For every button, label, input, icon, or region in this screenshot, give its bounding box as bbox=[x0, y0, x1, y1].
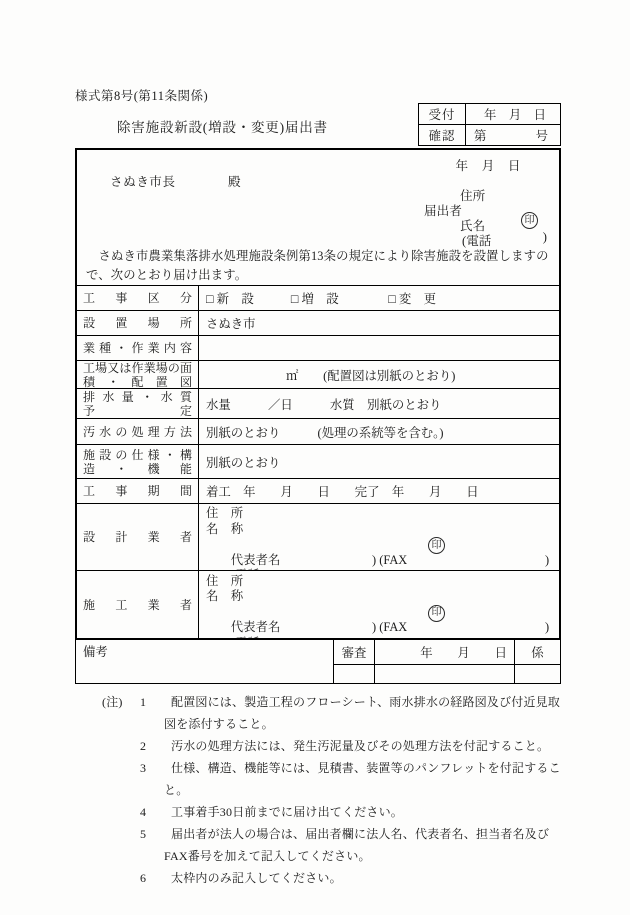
notes-section: (注) 1 配置図には、製造工程のフローシート、雨水排水の経路図及び付近見取図を… bbox=[102, 691, 561, 889]
reception-row-confirm: 確認 第 号 bbox=[419, 125, 561, 146]
declaration-text: さぬき市農業集落排水処理施設条例第13条の規定により除害施設を設置しますので、次… bbox=[77, 247, 559, 285]
fax-close: ) bbox=[545, 553, 549, 569]
note-number: 2 bbox=[140, 735, 164, 757]
contractor-rep-line: 代表者名 印 bbox=[206, 605, 552, 621]
note-text: 仕様、構造、機能等には、見積書、装置等のパンフレットを付記すること。 bbox=[164, 757, 561, 801]
review-label: 審査 bbox=[334, 640, 374, 664]
fax-close: ) bbox=[545, 620, 549, 636]
note-item: 1 配置図には、製造工程のフローシート、雨水排水の経路図及び付近見取図を添付する… bbox=[140, 691, 561, 735]
submission-date-line: 年 月 日 bbox=[456, 155, 521, 174]
note-number: 1 bbox=[140, 691, 164, 735]
drainage-quality-value: 水量 ／日 水質 別紙のとおり bbox=[199, 389, 559, 418]
receipt-date-cell: 年 月 日 bbox=[466, 104, 561, 125]
designer-phone-line: (電話 ) (FAX ) bbox=[206, 553, 552, 569]
main-form-table: 年 月 日 さぬき市長 殿 住所 届出者 氏名 印 (電話 ) さぬき市農業集落… bbox=[75, 148, 561, 640]
applicant-address-label: 住所 bbox=[460, 185, 485, 204]
note-number: 4 bbox=[140, 801, 164, 823]
business-type-value bbox=[199, 336, 559, 360]
staff-label: 係 bbox=[515, 640, 560, 664]
row-contractor: 施工業者 住 所 名 称 代表者名 印 (電話 ) (FAX ) bbox=[77, 570, 559, 638]
row-label: 設置場所 bbox=[83, 316, 192, 330]
row-label: 工事期間 bbox=[83, 484, 192, 498]
phone-close: ) bbox=[543, 230, 547, 249]
form-number: 様式第8号(第11条関係) bbox=[75, 86, 208, 104]
reception-row-receipt: 受付 年 月 日 bbox=[419, 104, 561, 125]
row-construction-period: 工事期間 着工 年 月 日 完了 年 月 日 bbox=[77, 478, 559, 503]
row-factory-area: 工場又は作業場の面 積・配置図 ㎡ (配置図は別紙のとおり) bbox=[77, 360, 559, 388]
factory-area-value: ㎡ (配置図は別紙のとおり) bbox=[199, 361, 559, 388]
sewage-treatment-value: 別紙のとおり (処理の系統等を含む。) bbox=[199, 419, 559, 444]
phone-open: (電話 bbox=[231, 636, 260, 639]
notes-list: 1 配置図には、製造工程のフローシート、雨水排水の経路図及び付近見取図を添付する… bbox=[140, 691, 561, 889]
contractor-phone-line: (電話 ) (FAX ) bbox=[206, 620, 552, 636]
row-label: 汚水の処理方法 bbox=[83, 425, 192, 439]
seal-icon: 印 bbox=[521, 212, 538, 229]
note-text: 太枠内のみ記入してください。 bbox=[164, 867, 561, 889]
construction-category-value: □ 新 設 □ 増 設 □ 変 更 bbox=[199, 286, 559, 310]
installation-place-value: さぬき市 bbox=[199, 311, 559, 335]
addressee-label: さぬき市長 bbox=[110, 171, 175, 190]
row-label: 工事区分 bbox=[83, 291, 192, 305]
note-text: 配置図には、製造工程のフローシート、雨水排水の経路図及び付近見取図を添付すること… bbox=[164, 691, 561, 735]
review-date-column: 年 月 日 bbox=[374, 640, 514, 683]
contractor-name-line: 名 称 bbox=[206, 589, 552, 605]
contractor-address-line: 住 所 bbox=[206, 574, 552, 590]
confirm-number-cell: 第 号 bbox=[466, 125, 561, 146]
page-title: 除害施設新設(増設・変更)届出書 bbox=[117, 116, 328, 136]
notes-mark: (注) bbox=[102, 691, 140, 889]
row-construction-category: 工事区分 □ 新 設 □ 増 設 □ 変 更 bbox=[77, 285, 559, 310]
phone-open: (電話 bbox=[231, 568, 260, 570]
seal-icon: 印 bbox=[428, 537, 445, 554]
confirm-number-suffix: 号 bbox=[536, 126, 548, 144]
designer-name-line: 名 称 bbox=[206, 522, 552, 538]
note-item: 5 届出者が法人の場合は、届出者欄に法人名、代表者名、担当者名及びFAX番号を加… bbox=[140, 823, 561, 867]
staff-column: 係 bbox=[514, 640, 560, 683]
staff-empty-cell bbox=[515, 664, 560, 683]
row-label: 施工業者 bbox=[83, 598, 192, 612]
reception-stamp-table: 受付 年 月 日 確認 第 号 bbox=[418, 103, 561, 146]
seal-icon: 印 bbox=[428, 605, 445, 622]
note-number: 6 bbox=[140, 867, 164, 889]
designer-details: 住 所 名 称 代表者名 印 (電話 ) (FAX ) bbox=[199, 504, 559, 570]
note-item: 3 仕様、構造、機能等には、見積書、装置等のパンフレットを付記すること。 bbox=[140, 757, 561, 801]
row-drainage-quality: 排水量・水質 予定 水量 ／日 水質 別紙のとおり bbox=[77, 388, 559, 418]
phone-open: (電話 bbox=[462, 230, 491, 249]
note-text: 工事着手30日前までに届け出てください。 bbox=[164, 801, 561, 823]
confirm-number-prefix: 第 bbox=[474, 126, 486, 144]
row-label: 施設の仕様・構 造・機能 bbox=[83, 448, 192, 476]
note-text: 届出者が法人の場合は、届出者欄に法人名、代表者名、担当者名及びFAX番号を加えて… bbox=[164, 823, 561, 867]
review-empty-cell bbox=[334, 664, 374, 683]
deliverer-label: 届出者 bbox=[424, 200, 462, 219]
form-header-block: 年 月 日 さぬき市長 殿 住所 届出者 氏名 印 (電話 ) bbox=[77, 150, 559, 247]
designer-rep-line: 代表者名 印 bbox=[206, 537, 552, 553]
row-installation-place: 設置場所 さぬき市 bbox=[77, 310, 559, 335]
remarks-label-cell: 備考 bbox=[76, 640, 333, 683]
designer-address-line: 住 所 bbox=[206, 506, 552, 522]
row-label: 業種・作業内容 bbox=[83, 341, 192, 355]
contractor-details: 住 所 名 称 代表者名 印 (電話 ) (FAX ) bbox=[199, 571, 559, 638]
review-date-empty-cell bbox=[375, 664, 514, 683]
note-number: 3 bbox=[140, 757, 164, 801]
facility-spec-value: 別紙のとおり bbox=[199, 445, 559, 478]
row-label: 設計業者 bbox=[83, 530, 192, 544]
remarks-strip: 備考 審査 年 月 日 係 bbox=[75, 640, 561, 684]
review-date-value: 年 月 日 bbox=[375, 640, 514, 664]
row-label: 工場又は作業場の面 積・配置図 bbox=[83, 361, 192, 389]
row-designer: 設計業者 住 所 名 称 代表者名 印 (電話 ) (FAX ) bbox=[77, 503, 559, 570]
construction-period-value: 着工 年 月 日 完了 年 月 日 bbox=[199, 479, 559, 503]
note-item: 4 工事着手30日前までに届け出てください。 bbox=[140, 801, 561, 823]
honorific-label: 殿 bbox=[228, 171, 241, 190]
row-facility-spec: 施設の仕様・構 造・機能 別紙のとおり bbox=[77, 444, 559, 478]
note-item: 6 太枠内のみ記入してください。 bbox=[140, 867, 561, 889]
note-text: 汚水の処理方法には、発生汚泥量及びその処理方法を付記すること。 bbox=[164, 735, 561, 757]
note-number: 5 bbox=[140, 823, 164, 867]
applicant-phone-line: (電話 ) bbox=[462, 230, 547, 249]
review-column: 審査 bbox=[333, 640, 374, 683]
confirm-label: 確認 bbox=[419, 125, 466, 146]
receipt-label: 受付 bbox=[419, 104, 466, 125]
row-sewage-treatment: 汚水の処理方法 別紙のとおり (処理の系統等を含む。) bbox=[77, 418, 559, 444]
fax-open: ) (FAX bbox=[372, 620, 407, 636]
row-business-type: 業種・作業内容 bbox=[77, 335, 559, 360]
fax-open: ) (FAX bbox=[372, 553, 407, 569]
row-label: 排水量・水質 予定 bbox=[83, 390, 192, 418]
note-item: 2 汚水の処理方法には、発生汚泥量及びその処理方法を付記すること。 bbox=[140, 735, 561, 757]
